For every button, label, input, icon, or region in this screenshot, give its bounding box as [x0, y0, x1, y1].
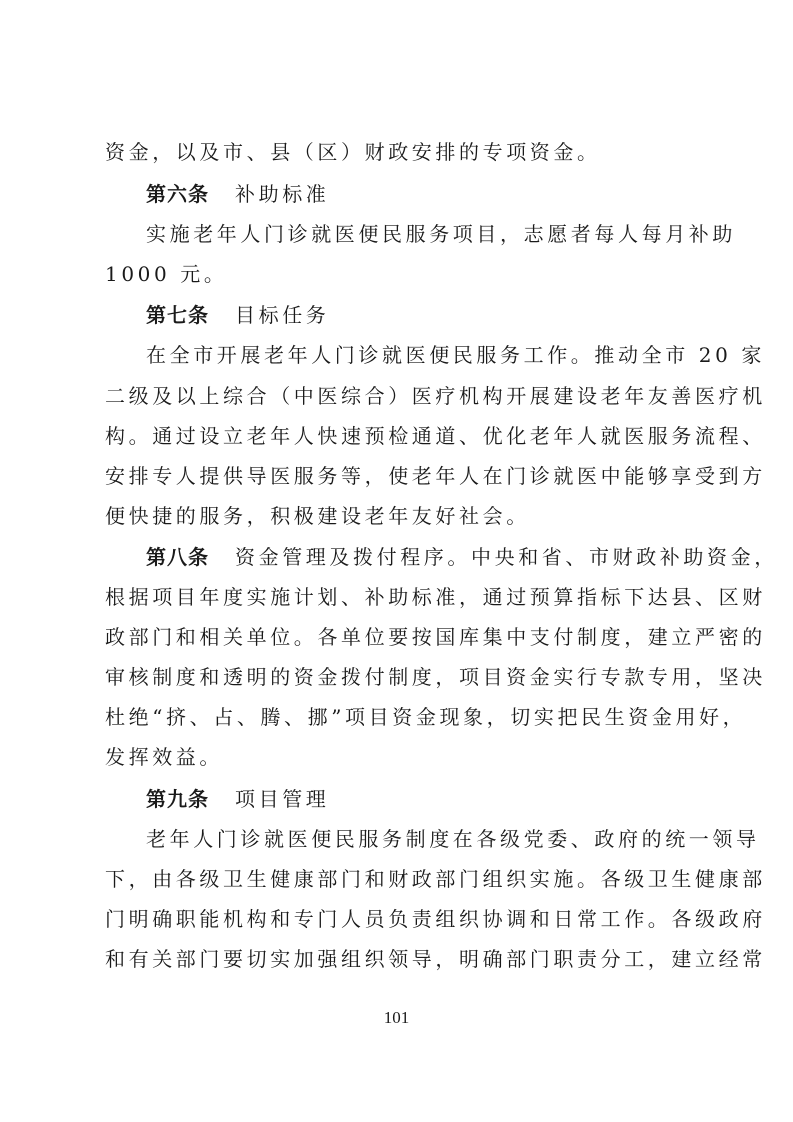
paragraph-text: 资金，以及市、县（区）财政安排的专项资金。: [105, 140, 601, 164]
body-text-line: 便快捷的服务，积极建设老年友好社会。: [105, 504, 695, 528]
paragraph-text: 杜绝“挤、占、腾、挪”项目资金现象，切实把民生资金用好，: [105, 705, 746, 729]
paragraph-text: 根据项目年度实施计划、补助标准，通过预算指标下达县、区财: [105, 585, 766, 609]
paragraph-text: 门明确职能机构和专门人员负责组织协调和日常工作。各级政府: [105, 907, 766, 931]
body-text-line: 构。通过设立老年人快速预检通道、优化老年人就医服务流程、: [105, 424, 695, 448]
article-number: 第六条: [146, 182, 209, 206]
body-text-line: 二级及以上综合（中医综合）医疗机构开展建设老年友善医疗机: [105, 384, 695, 408]
paragraph-text: 发挥效益。: [105, 745, 223, 769]
paragraph-text: 在全市开展老年人门诊就医便民服务工作。推动全市 20 家: [146, 343, 765, 367]
body-text-line: 发挥效益。: [105, 745, 695, 769]
body-text-line: 下，由各级卫生健康部门和财政部门组织实施。各级卫生健康部: [105, 867, 695, 891]
paragraph-text: 老年人门诊就医便民服务制度在各级党委、政府的统一领导: [146, 827, 760, 851]
body-text-line: 资金，以及市、县（区）财政安排的专项资金。: [105, 140, 695, 164]
body-text-line: 实施老年人门诊就医便民服务项目，志愿者每人每月补助: [146, 222, 695, 246]
article-number: 第九条: [146, 787, 209, 811]
body-text-line: 老年人门诊就医便民服务制度在各级党委、政府的统一领导: [146, 827, 695, 851]
paragraph-text: 1000 元。: [105, 262, 227, 286]
paragraph-text: 下，由各级卫生健康部门和财政部门组织实施。各级卫生健康部: [105, 867, 766, 891]
body-text-line: 在全市开展老年人门诊就医便民服务工作。推动全市 20 家: [146, 343, 695, 367]
body-text-line: 门明确职能机构和专门人员负责组织协调和日常工作。各级政府: [105, 907, 695, 931]
article-heading-line: 第六条补助标准: [146, 182, 695, 206]
article-title: 目标任务: [235, 303, 329, 327]
article-heading-line: 第七条目标任务: [146, 303, 695, 327]
paragraph-text: 审核制度和透明的资金拨付制度，项目资金实行专款专用，坚决: [105, 665, 766, 689]
paragraph-text: 实施老年人门诊就医便民服务项目，志愿者每人每月补助: [146, 222, 736, 246]
article-title: 补助标准: [235, 182, 329, 206]
body-text-line: 和有关部门要切实加强组织领导，明确部门职责分工，建立经常: [105, 947, 695, 971]
body-text-line: 杜绝“挤、占、腾、挪”项目资金现象，切实把民生资金用好，: [105, 705, 695, 729]
article-heading-line: 第九条项目管理: [146, 787, 695, 811]
body-text-line: 安排专人提供导医服务等，使老年人在门诊就医中能够享受到方: [105, 464, 695, 488]
article-heading-line: 第八条资金管理及拨付程序。中央和省、市财政补助资金，: [146, 545, 695, 569]
article-title: 资金管理及拨付程序。中央和省、市财政补助资金，: [235, 545, 778, 569]
body-text-line: 1000 元。: [105, 262, 695, 286]
article-title: 项目管理: [235, 787, 329, 811]
body-text-line: 审核制度和透明的资金拨付制度，项目资金实行专款专用，坚决: [105, 665, 695, 689]
body-text-line: 政部门和相关单位。各单位要按国库集中支付制度，建立严密的: [105, 625, 695, 649]
paragraph-text: 安排专人提供导医服务等，使老年人在门诊就医中能够享受到方: [105, 464, 766, 488]
article-number: 第八条: [146, 545, 209, 569]
body-text-line: 根据项目年度实施计划、补助标准，通过预算指标下达县、区财: [105, 585, 695, 609]
article-number: 第七条: [146, 303, 209, 327]
paragraph-text: 政部门和相关单位。各单位要按国库集中支付制度，建立严密的: [105, 625, 766, 649]
page-number: 101: [0, 1008, 793, 1028]
paragraph-text: 构。通过设立老年人快速预检通道、优化老年人就医服务流程、: [105, 424, 766, 448]
paragraph-text: 便快捷的服务，积极建设老年友好社会。: [105, 504, 530, 528]
paragraph-text: 和有关部门要切实加强组织领导，明确部门职责分工，建立经常: [105, 947, 766, 971]
paragraph-text: 二级及以上综合（中医综合）医疗机构开展建设老年友善医疗机: [105, 384, 766, 408]
